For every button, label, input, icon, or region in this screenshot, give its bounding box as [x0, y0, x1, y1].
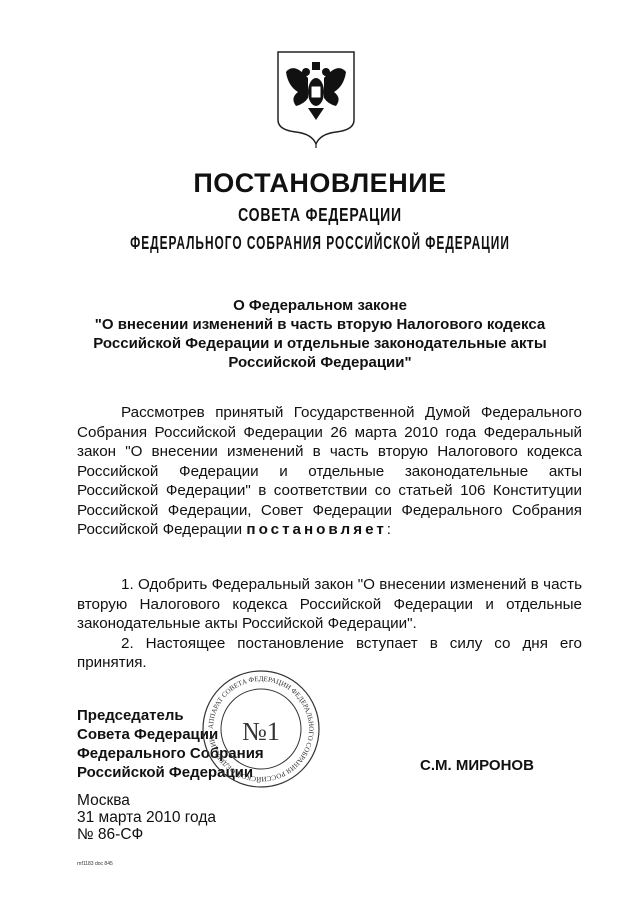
- resolution-item: 2. Настоящее постановление вступает в си…: [77, 634, 582, 673]
- preamble-text: Рассмотрев принятый Государственной Думо…: [77, 404, 582, 538]
- city: Москва: [77, 792, 216, 809]
- coat-of-arms-icon: [274, 48, 358, 148]
- signatory-name: С.М. МИРОНОВ: [420, 757, 534, 774]
- subject-line: Российской Федерации": [80, 353, 560, 372]
- colon: :: [387, 521, 391, 538]
- subject-line: Российской Федерации и отдельные законод…: [80, 334, 560, 353]
- document-title: ПОСТАНОВЛЕНИЕ: [0, 168, 640, 199]
- subject-line: О Федеральном законе: [80, 296, 560, 315]
- document-subtitle-council: СОВЕТА ФЕДЕРАЦИИ: [70, 205, 569, 226]
- date: 31 марта 2010 года: [77, 809, 216, 826]
- document-reference: rnf1183 doc 845: [77, 861, 113, 867]
- stamp-number: №1: [242, 717, 280, 746]
- resolution-number: № 86-СФ: [77, 826, 216, 843]
- official-stamp-icon: АППАРАТ СОВЕТА ФЕДЕРАЦИИ ФЕДЕРАЛЬНОГО СО…: [200, 668, 322, 790]
- resolution-items: 1. Одобрить Федеральный закон "О внесени…: [77, 575, 582, 673]
- place-and-date: Москва 31 марта 2010 года № 86-СФ: [77, 792, 216, 843]
- subject-heading: О Федеральном законе "О внесении изменен…: [80, 296, 560, 372]
- document-subtitle-assembly: ФЕДЕРАЛЬНОГО СОБРАНИЯ РОССИЙСКОЙ ФЕДЕРАЦ…: [109, 233, 531, 254]
- preamble-paragraph: Рассмотрев принятый Государственной Думо…: [77, 403, 582, 540]
- resolution-item: 1. Одобрить Федеральный закон "О внесени…: [77, 575, 582, 634]
- resolves-word: постановляет: [246, 521, 386, 538]
- subject-line: "О внесении изменений в часть вторую Нал…: [80, 315, 560, 334]
